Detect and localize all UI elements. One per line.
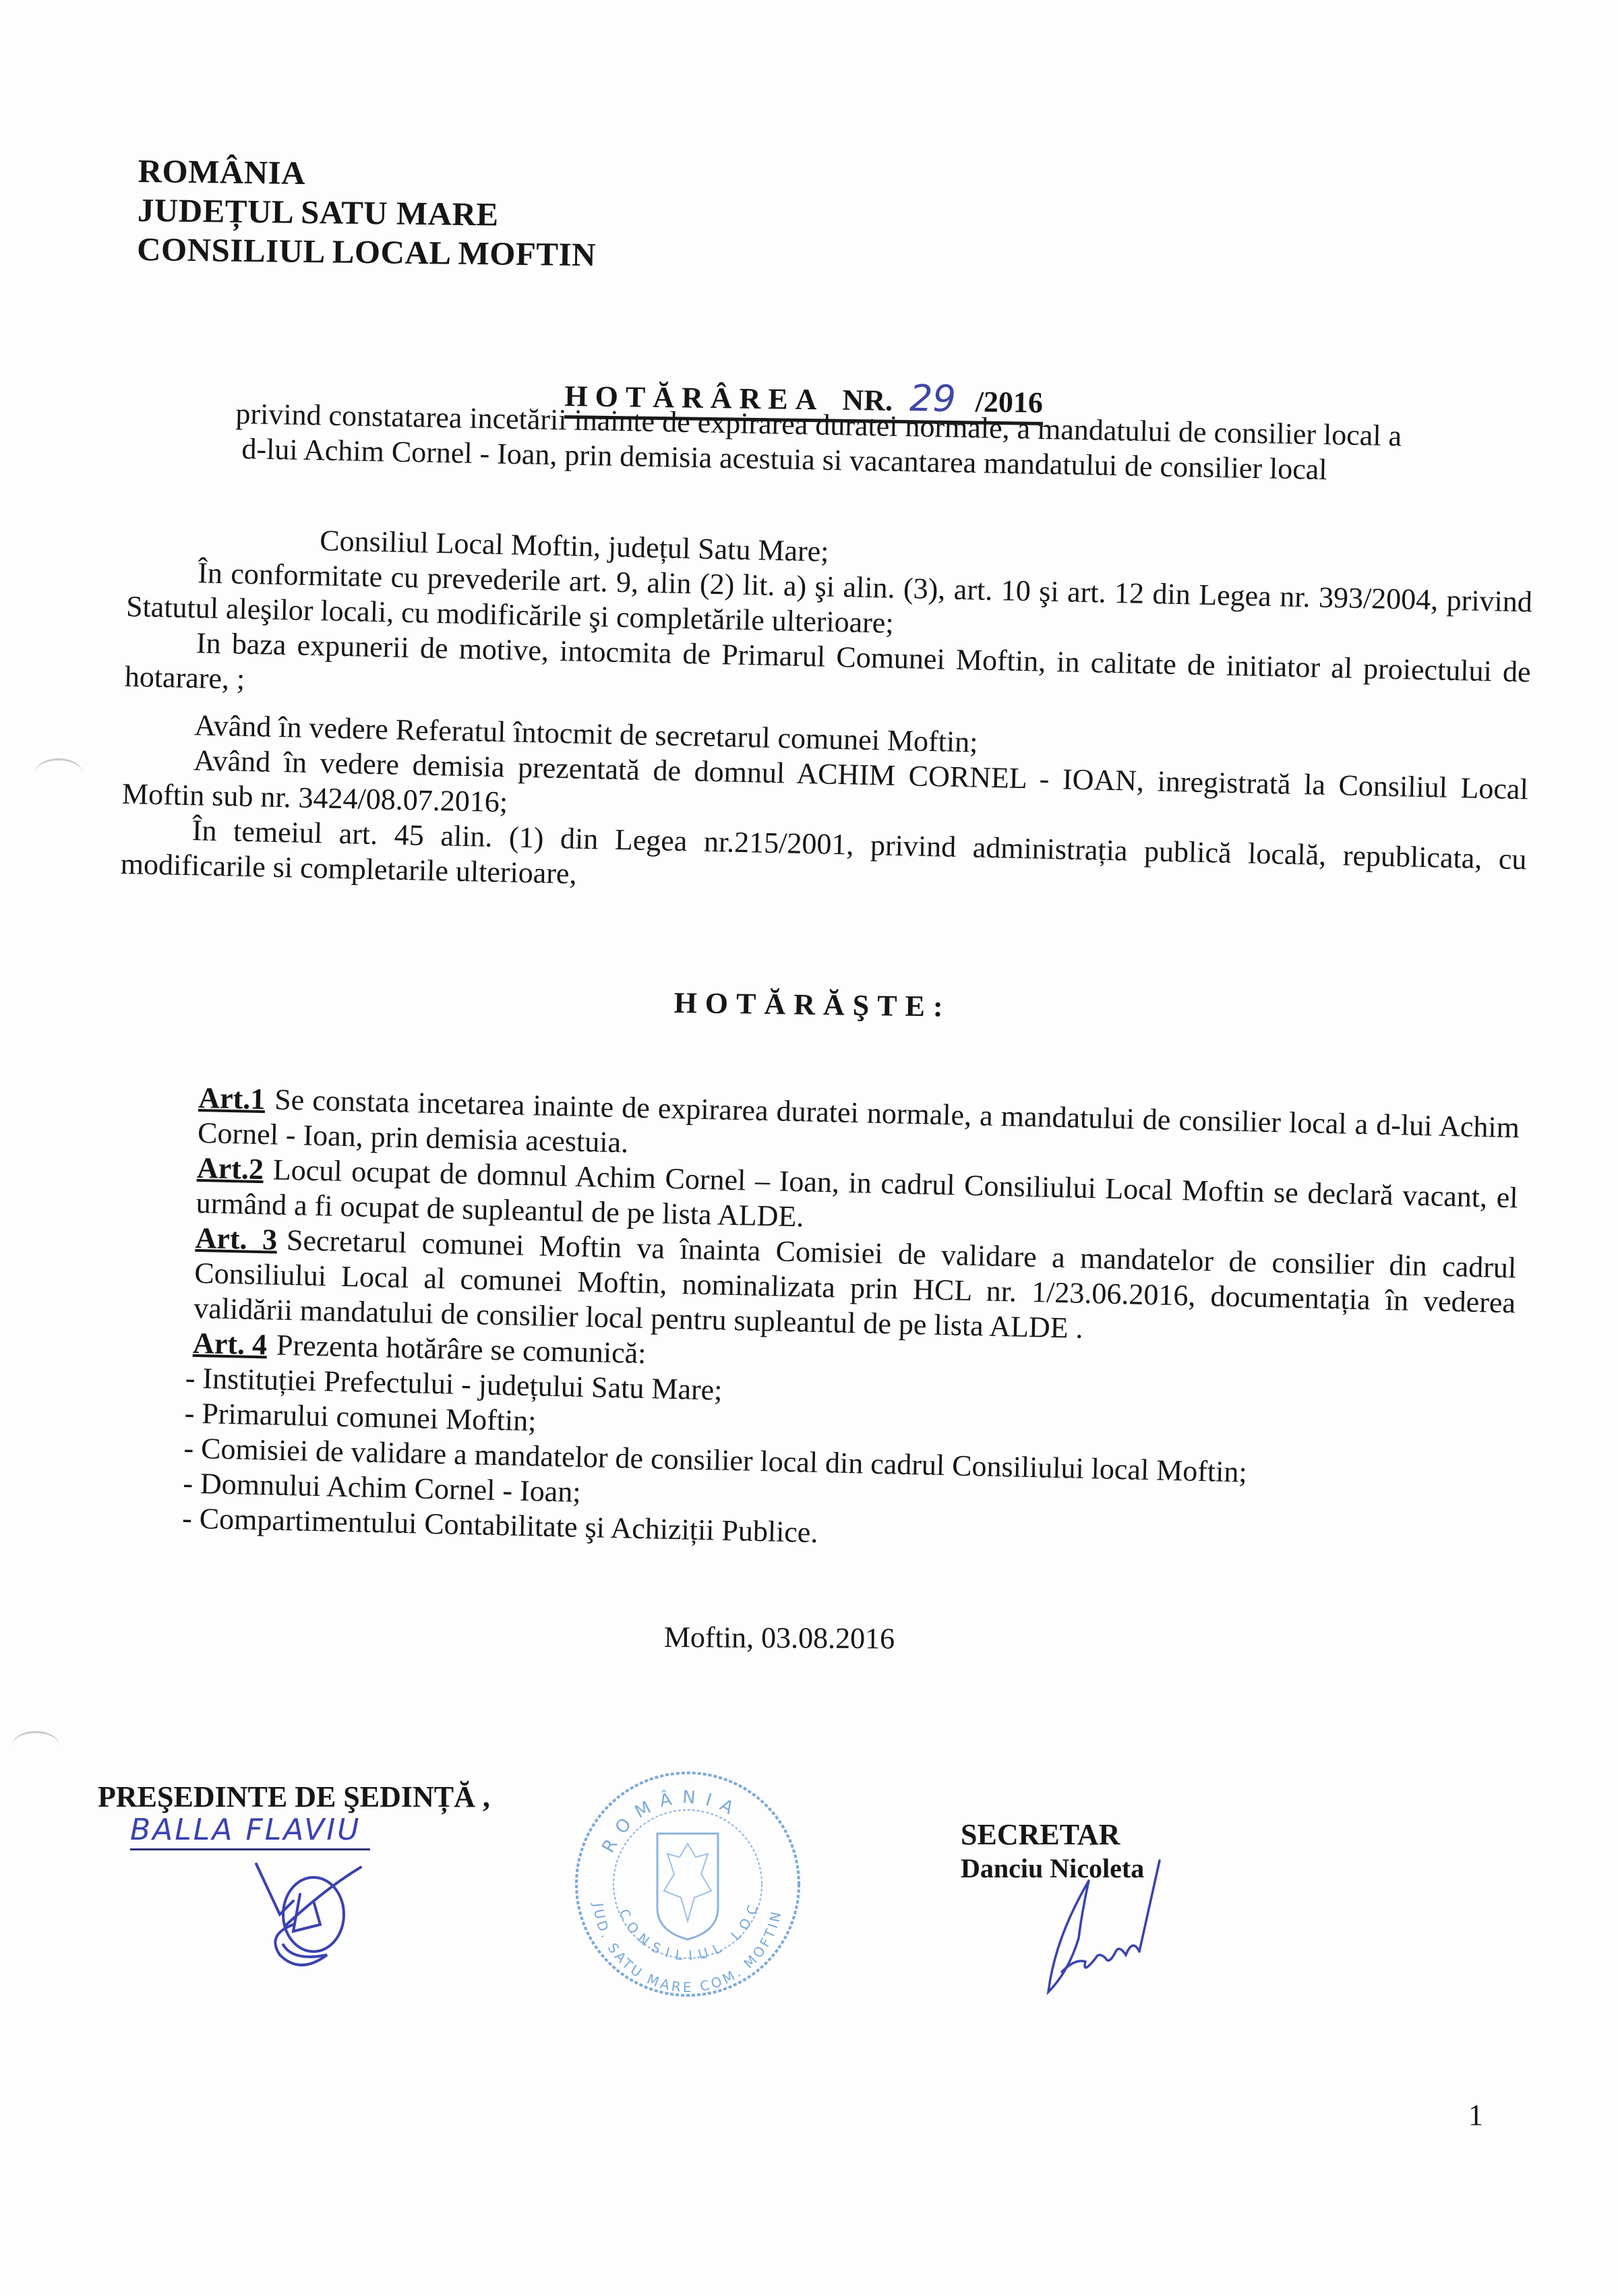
header-country: ROMÂNIA — [138, 152, 597, 196]
decision-heading: HOTĂRĂŞTE: — [673, 986, 951, 1024]
stamp-seal-icon: ROMÂNIA JUD. SATU MARE COM. MOFTIN CONSI… — [566, 1763, 809, 2005]
secretary-signature-icon — [1028, 1857, 1163, 2005]
document-page: ROMÂNIA JUDEȚUL SATU MARE CONSILIUL LOCA… — [0, 0, 1618, 2296]
article-label: Art.2 — [196, 1151, 264, 1186]
article-label: Art.1 — [198, 1081, 266, 1116]
decision-subject: privind constatarea incetării inainte de… — [235, 396, 1537, 491]
punch-hole-mark — [35, 758, 82, 787]
official-stamp: ROMÂNIA JUD. SATU MARE COM. MOFTIN CONSI… — [566, 1763, 809, 2009]
articles: Art.1Se constata incetarea inainte de ex… — [101, 1079, 1520, 1566]
place-date: Moftin, 03.08.2016 — [664, 1620, 895, 1656]
preamble: Consiliul Local Moftin, județul Satu Mar… — [120, 519, 1533, 912]
article-label: Art. 3 — [195, 1221, 278, 1257]
secretary-role: SECRETAR — [961, 1817, 1144, 1853]
punch-hole-mark — [12, 1731, 59, 1760]
institution-header: ROMÂNIA JUDEȚUL SATU MARE CONSILIUL LOCA… — [137, 152, 597, 274]
president-signature-block: PREŞEDINTE DE ŞEDINȚĂ , BALLA FLAVIU — [98, 1780, 490, 1850]
secretary-signature-block: SECRETAR Danciu Nicoleta — [961, 1817, 1144, 1884]
page-number: 1 — [1468, 2098, 1483, 2132]
article-text: Se constata incetarea inainte de expirar… — [198, 1083, 1520, 1159]
recipients-list: - Instituției Prefectului - județului Sa… — [101, 1359, 1514, 1566]
header-county: JUDEȚUL SATU MARE — [138, 191, 597, 235]
president-signature-icon — [253, 1861, 367, 1982]
article-label: Art. 4 — [193, 1327, 268, 1361]
president-handwritten-name: BALLA FLAVIU — [130, 1813, 370, 1850]
header-council: CONSILIUL LOCAL MOFTIN — [137, 230, 596, 274]
president-role: PREŞEDINTE DE ŞEDINȚĂ , — [98, 1780, 490, 1814]
